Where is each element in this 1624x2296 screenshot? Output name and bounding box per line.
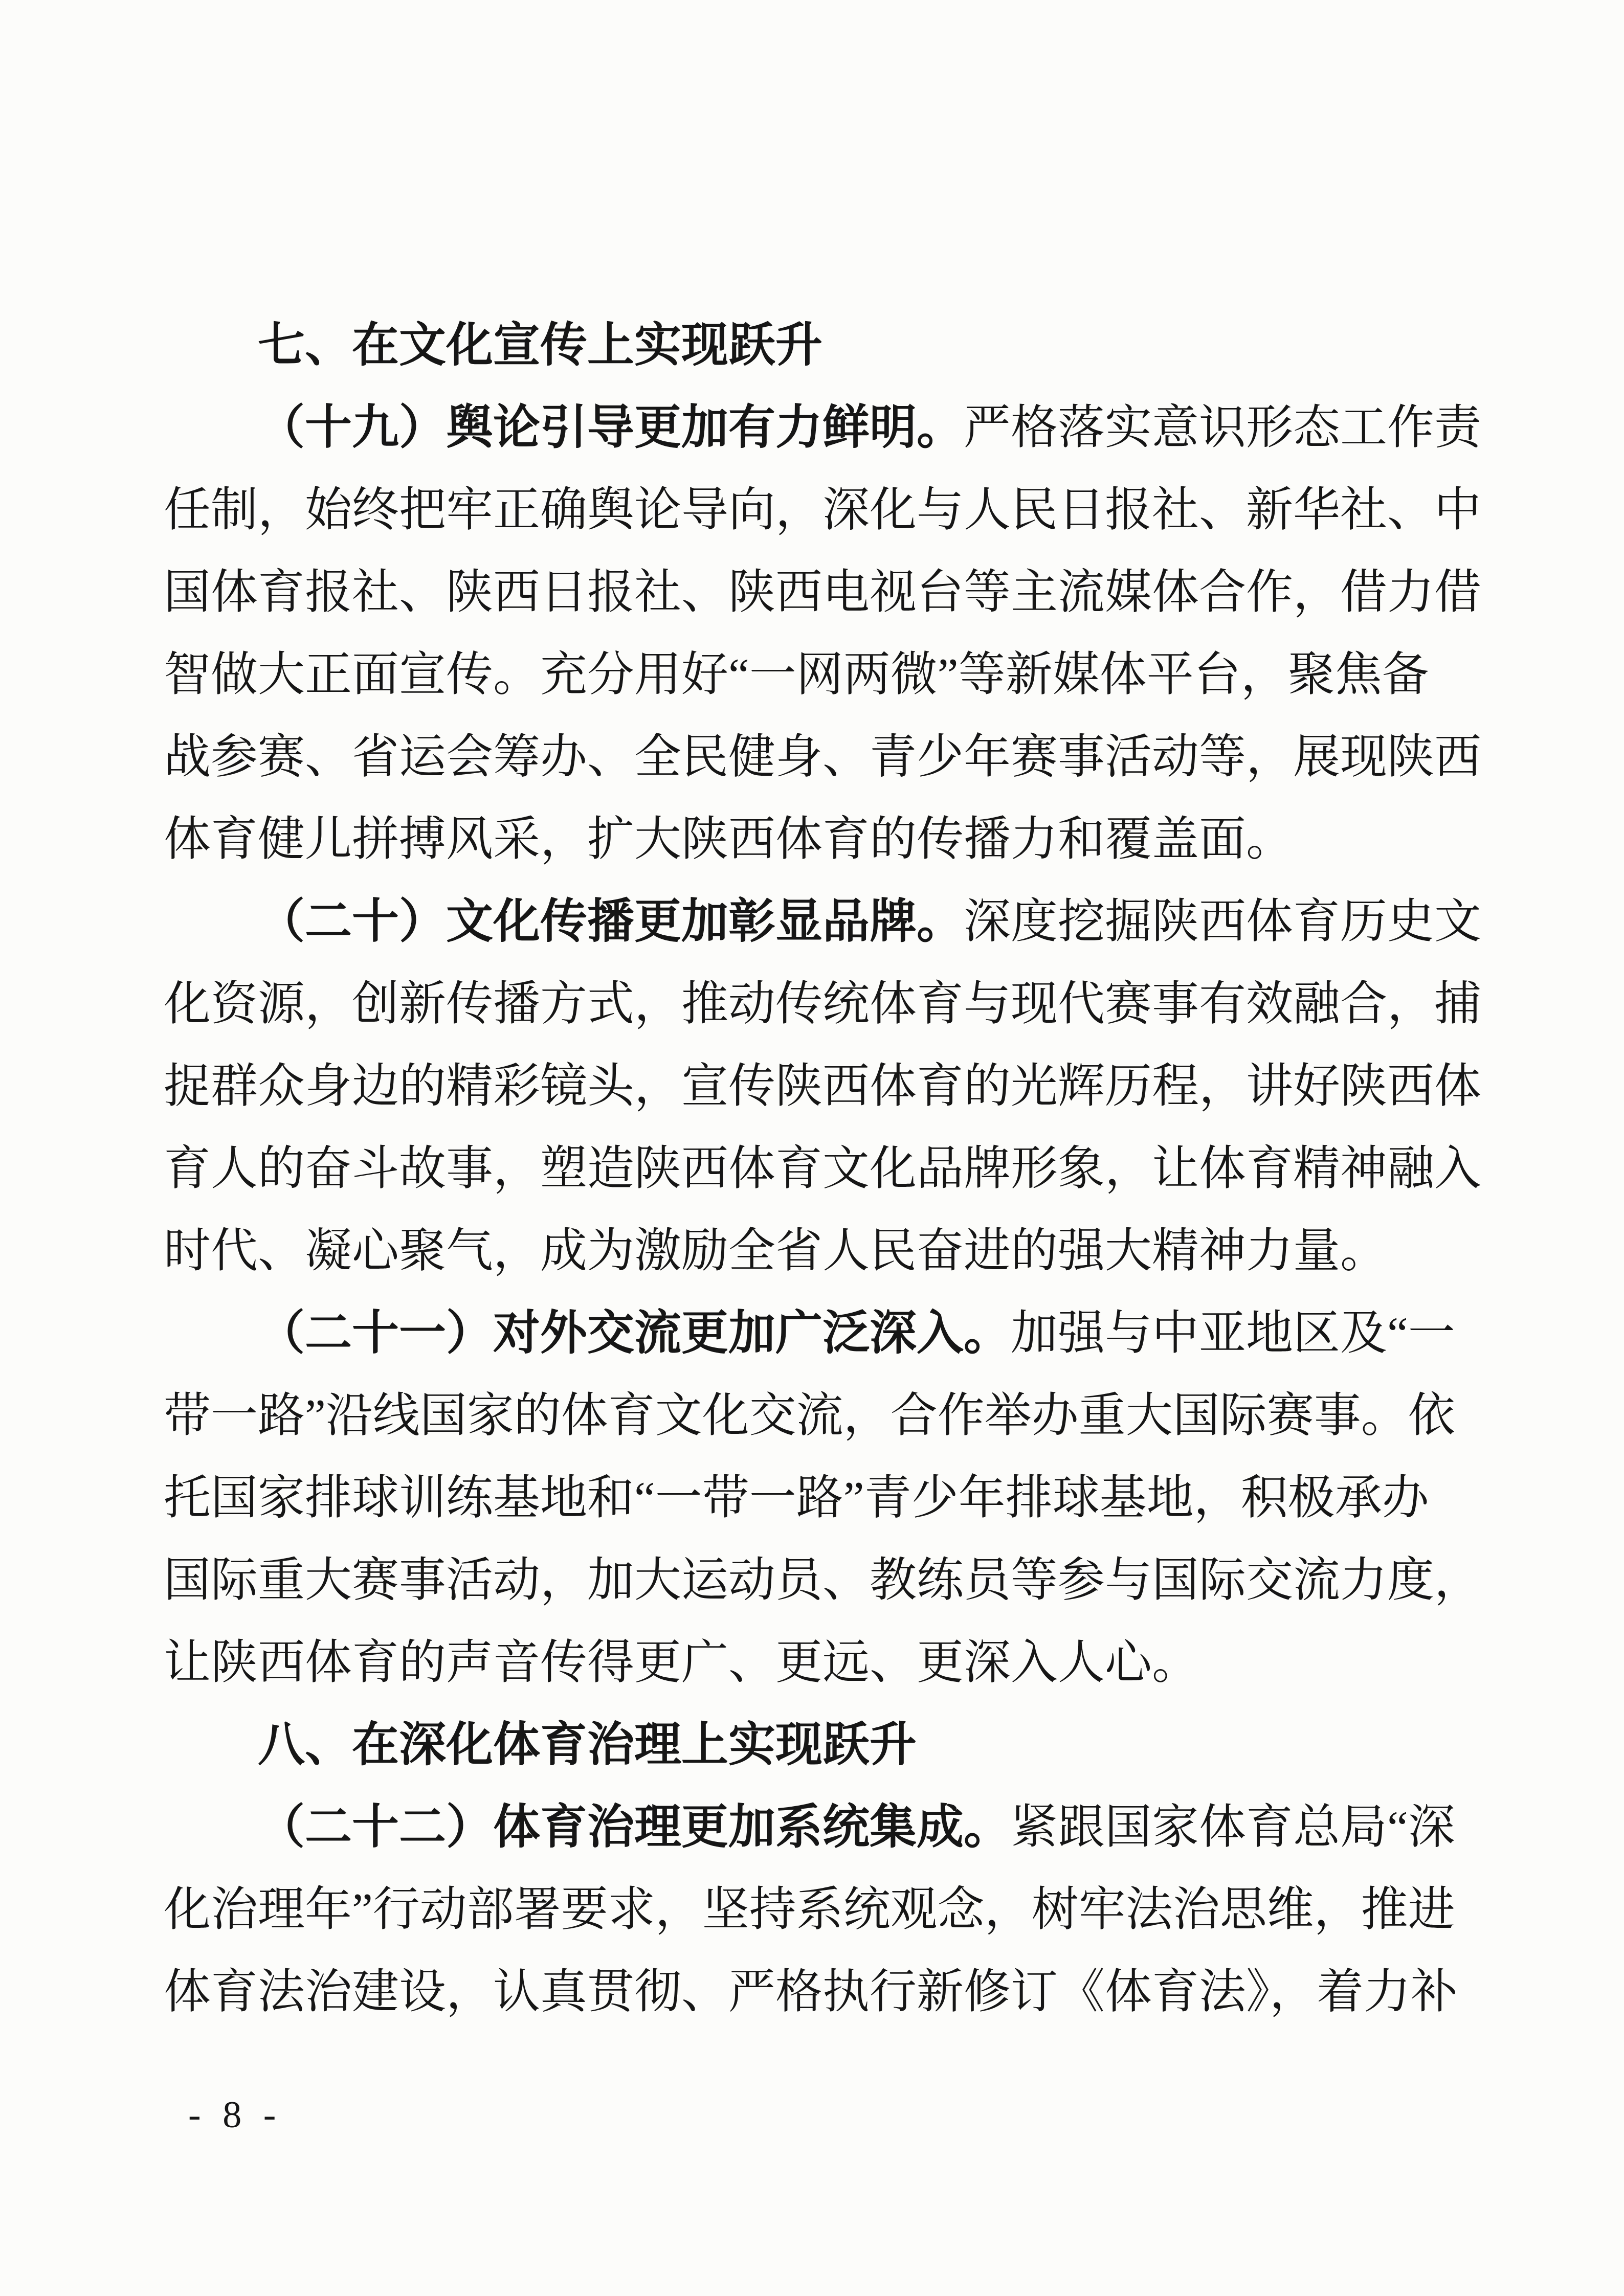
paragraph-lead-bold: （二十二）体育治理更加系统集成。 <box>258 1801 1011 1853</box>
text-line: 体育健儿拼搏风采，扩大陕西体育的传播力和覆盖面。 <box>164 798 1481 881</box>
text-line: 体育法治建设，认真贯彻、严格执行新修订《体育法》，着力补 <box>164 1951 1481 2033</box>
text-line: 国体育报社、陕西日报社、陕西电视台等主流媒体合作，借力借 <box>164 551 1481 634</box>
text-line: （二十二）体育治理更加系统集成。紧跟国家体育总局“深 <box>164 1786 1481 1869</box>
paragraph-text: 时代、凝心聚气，成为激励全省人民奋进的强大精神力量。 <box>164 1225 1387 1277</box>
paragraph-text: 任制，始终把牢正确舆论导向，深化与人民日报社、新华社、中 <box>164 484 1481 536</box>
text-line: 捉群众身边的精彩镜头，宣传陕西体育的光辉历程，讲好陕西体 <box>164 1045 1481 1128</box>
text-line: 带一路”沿线国家的体育文化交流，合作举办重大国际赛事。依 <box>164 1375 1481 1457</box>
paragraph-text: 国体育报社、陕西日报社、陕西电视台等主流媒体合作，借力借 <box>164 566 1481 618</box>
section-heading: 七、在文化宣传上实现跃升 <box>164 304 1481 387</box>
text-line: （二十）文化传播更加彰显品牌。深度挖掘陕西体育历史文 <box>164 881 1481 963</box>
text-line: 化治理年”行动部署要求，坚持系统观念，树牢法治思维，推进 <box>164 1869 1481 1951</box>
text-line: 战参赛、省运会筹办、全民健身、青少年赛事活动等，展现陕西 <box>164 716 1481 798</box>
paragraph-text: 深度挖掘陕西体育历史文 <box>964 895 1481 948</box>
paragraph-text: 紧跟国家体育总局“深 <box>1011 1801 1455 1853</box>
text-line: 化资源，创新传播方式，推动传统体育与现代赛事有效融合，捕 <box>164 963 1481 1045</box>
paragraph-text: 让陕西体育的声音传得更广、更远、更深入人心。 <box>164 1636 1199 1689</box>
paragraph-text: 化治理年”行动部署要求，坚持系统观念，树牢法治思维，推进 <box>164 1883 1455 1935</box>
paragraph-text: 国际重大赛事活动，加大运动员、教练员等参与国际交流力度， <box>164 1554 1481 1606</box>
page-number: - 8 - <box>188 2088 276 2142</box>
scanned-document-page: { "page": { "background_color": "#fcfcfa… <box>0 0 1624 2296</box>
text-line: 智做大正面宣传。充分用好“一网两微”等新媒体平台，聚焦备 <box>164 634 1481 716</box>
paragraph-lead-bold: （十九）舆论引导更加有力鲜明。 <box>258 401 964 454</box>
section-heading: 八、在深化体育治理上实现跃升 <box>164 1704 1481 1786</box>
text-line: 任制，始终把牢正确舆论导向，深化与人民日报社、新华社、中 <box>164 469 1481 551</box>
text-line: 时代、凝心聚气，成为激励全省人民奋进的强大精神力量。 <box>164 1210 1481 1292</box>
paragraph-text: 体育法治建设，认真贯彻、严格执行新修订《体育法》，着力补 <box>164 1966 1458 2018</box>
text-line: 育人的奋斗故事，塑造陕西体育文化品牌形象，让体育精神融入 <box>164 1128 1481 1210</box>
paragraph-text: 托国家排球训练基地和“一带一路”青少年排球基地，积极承办 <box>164 1472 1429 1524</box>
paragraph-text: 战参赛、省运会筹办、全民健身、青少年赛事活动等，展现陕西 <box>164 731 1481 783</box>
document-body: 七、在文化宣传上实现跃升（十九）舆论引导更加有力鲜明。严格落实意识形态工作责任制… <box>164 304 1481 2033</box>
text-line: 托国家排球训练基地和“一带一路”青少年排球基地，积极承办 <box>164 1457 1481 1539</box>
paragraph-text: 体育健儿拼搏风采，扩大陕西体育的传播力和覆盖面。 <box>164 813 1293 865</box>
text-line: 让陕西体育的声音传得更广、更远、更深入人心。 <box>164 1622 1481 1704</box>
paragraph-text: 严格落实意识形态工作责 <box>964 401 1481 454</box>
paragraph-text: 带一路”沿线国家的体育文化交流，合作举办重大国际赛事。依 <box>164 1389 1455 1442</box>
paragraph-text: 智做大正面宣传。充分用好“一网两微”等新媒体平台，聚焦备 <box>164 648 1429 701</box>
text-line: 国际重大赛事活动，加大运动员、教练员等参与国际交流力度， <box>164 1539 1481 1622</box>
paragraph-text: 加强与中亚地区及“一 <box>1011 1307 1455 1359</box>
paragraph-lead-bold: （二十一）对外交流更加广泛深入。 <box>258 1307 1011 1359</box>
paragraph-text: 捉群众身边的精彩镜头，宣传陕西体育的光辉历程，讲好陕西体 <box>164 1060 1481 1112</box>
text-line: （二十一）对外交流更加广泛深入。加强与中亚地区及“一 <box>164 1292 1481 1375</box>
paragraph-text: 育人的奋斗故事，塑造陕西体育文化品牌形象，让体育精神融入 <box>164 1142 1481 1195</box>
paragraph-lead-bold: （二十）文化传播更加彰显品牌。 <box>258 895 964 948</box>
text-line: （十九）舆论引导更加有力鲜明。严格落实意识形态工作责 <box>164 387 1481 469</box>
paragraph-text: 化资源，创新传播方式，推动传统体育与现代赛事有效融合，捕 <box>164 978 1481 1030</box>
